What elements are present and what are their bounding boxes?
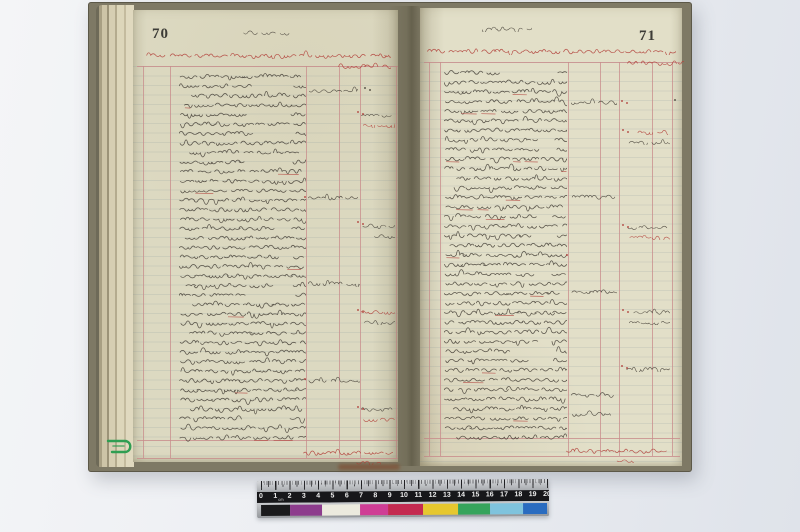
amount-entry: [628, 132, 670, 140]
ledger-dot-mark: [627, 131, 629, 133]
handwriting-svg: [571, 407, 611, 417]
ledger-dot-mark: [627, 311, 629, 313]
page-number-left: 70: [152, 26, 169, 43]
color-calibration-patch: [423, 504, 459, 515]
ledger-dot-mark: [621, 365, 623, 367]
amount-entry: [363, 115, 395, 123]
column-rule: [619, 62, 620, 456]
ledger-dot-mark: [362, 311, 364, 313]
ledger-dot-mark: [622, 309, 624, 311]
handwriting-svg: [616, 456, 634, 463]
header-handwriting-red: [626, 53, 684, 62]
ink-smudge: [338, 464, 400, 470]
color-calibration-patch: [261, 505, 290, 516]
color-calibration-patch: [490, 503, 523, 514]
ledger-dot-mark: [357, 111, 359, 113]
ledger-dot-mark: [626, 367, 628, 369]
handwriting-svg: [308, 374, 360, 384]
color-calibration-patch: [388, 504, 422, 515]
handwriting-svg: [482, 23, 532, 32]
handwriting-svg: [628, 317, 670, 325]
ledger-dot-mark: [369, 89, 371, 91]
ruler-number: 5: [331, 492, 335, 499]
ruler-number: 11: [415, 492, 422, 499]
ruler-number: 10: [400, 492, 408, 499]
ledger-dot-mark: [304, 378, 306, 380]
handwriting-svg: [571, 285, 617, 295]
right-page: 71: [420, 8, 682, 466]
handwriting-svg: [363, 414, 395, 422]
amount-entry: [626, 302, 670, 310]
ruler-number: 6: [345, 492, 349, 499]
handwriting-svg: [571, 96, 617, 106]
handwriting-svg: [628, 137, 670, 145]
handwritten-entry: [571, 187, 617, 197]
handwriting-svg: [363, 120, 395, 128]
amount-entry: [628, 312, 670, 320]
amount-entry: [363, 409, 395, 417]
color-calibration-patch: [523, 503, 547, 514]
ruler-number: 4: [316, 493, 320, 500]
photo-background: 70: [0, 0, 800, 532]
ledger-dot-mark: [357, 406, 359, 408]
handwritten-entry: [308, 274, 360, 284]
column-rule: [672, 62, 673, 456]
handwriting-svg: [571, 190, 617, 200]
handwriting-svg: [308, 191, 358, 201]
ledger-dot-mark: [566, 254, 568, 256]
ruler-number: 9: [388, 492, 392, 499]
ruler-number: 8: [373, 492, 377, 499]
scale-ruler: 01cm234567891011121314151617181920: [257, 479, 549, 518]
header-handwriting-red: [337, 56, 391, 65]
amount-entry: [361, 216, 395, 224]
ledger-dot-mark: [357, 221, 359, 223]
totals-bottom-rule: [424, 456, 680, 457]
main-handwritten-entries: [179, 70, 306, 442]
column-rule: [170, 66, 171, 458]
ruler-number: 18: [514, 491, 522, 498]
handwritten-entry: [571, 404, 611, 414]
amount-entry: [626, 122, 670, 130]
ledger-dot-mark: [627, 226, 629, 228]
ledger-dot-mark: [621, 100, 623, 102]
handwriting-svg: [179, 70, 306, 442]
handwriting-svg: [308, 84, 358, 94]
totals-handwriting-red: [616, 450, 634, 457]
ledger-dot-mark: [357, 309, 359, 311]
ruler-number: 20: [543, 491, 549, 498]
handwriting-svg: [626, 364, 670, 372]
handwritten-entry: [308, 188, 358, 198]
ledger-dot-mark: [364, 87, 366, 89]
ruler-number: 1: [273, 493, 277, 500]
ruler-number: 7: [359, 492, 363, 499]
amount-entry: [363, 312, 395, 320]
ledger-dot-mark: [362, 408, 364, 410]
handwriting-svg: [444, 66, 567, 440]
color-calibration-patch: [290, 505, 323, 516]
ruler-number: 19: [529, 491, 537, 498]
main-handwritten-entries: [444, 66, 567, 440]
handwriting-svg: [628, 232, 670, 240]
handwritten-entry: [571, 282, 617, 292]
ledger-dot-mark: [622, 129, 624, 131]
paperclip: [102, 433, 142, 459]
amount-entry: [361, 105, 395, 113]
left-page: 70: [133, 10, 398, 462]
handwriting-svg: [571, 388, 617, 398]
amount-entry: [626, 359, 670, 367]
ruler-number: 3: [302, 493, 306, 500]
ruler-number: 14: [457, 492, 465, 499]
color-calibration-patch: [323, 504, 360, 515]
color-calibration-patch: [458, 503, 490, 514]
handwriting-svg: [337, 60, 391, 69]
color-calibration-patch: [360, 504, 389, 515]
color-calibration-strip: [257, 501, 549, 518]
ruler-number: 17: [500, 491, 508, 498]
handwritten-entry: [571, 93, 617, 103]
amount-entry: [363, 226, 395, 234]
column-rule: [568, 62, 569, 456]
handwritten-entry: [308, 81, 358, 91]
header-handwriting-red: [426, 42, 676, 53]
ruler-number: 2: [288, 493, 292, 500]
ledger-dot-mark: [362, 223, 364, 225]
amount-entry: [628, 227, 670, 235]
ruler-unit-label: cm: [278, 497, 283, 502]
ledger-dot-mark: [674, 99, 676, 101]
page-title-handwriting: [482, 19, 532, 28]
handwriting-svg: [363, 317, 395, 325]
column-rule: [339, 66, 340, 458]
ruler-number: 0: [259, 493, 263, 500]
handwritten-entry: [571, 385, 617, 395]
ruler-number: 13: [443, 492, 451, 499]
handwriting-svg: [238, 27, 290, 36]
column-rule: [143, 66, 144, 458]
page-stack-edge: [96, 5, 134, 467]
column-rule: [396, 66, 397, 458]
ledger-dot-mark: [622, 224, 624, 226]
amount-entry: [361, 399, 395, 407]
handwritten-entry: [308, 371, 360, 381]
ledger-dot-mark: [304, 196, 306, 198]
ruler-number: 16: [486, 491, 494, 498]
amount-entry: [626, 217, 670, 225]
column-rule: [440, 62, 441, 456]
amount-entry: [361, 302, 395, 310]
handwriting-svg: [363, 231, 395, 239]
ledger-book: 70: [88, 2, 692, 472]
page-title-handwriting: [238, 23, 290, 32]
ledger-dot-mark: [362, 113, 364, 115]
totals-handwriting-red: [355, 452, 381, 459]
ledger-dot-mark: [626, 102, 628, 104]
handwriting-svg: [308, 277, 360, 287]
handwriting-svg: [626, 57, 684, 66]
ruler-number: 12: [429, 492, 437, 499]
column-rule: [306, 66, 307, 458]
ruler-number: 15: [472, 491, 480, 498]
column-rule: [429, 62, 430, 456]
